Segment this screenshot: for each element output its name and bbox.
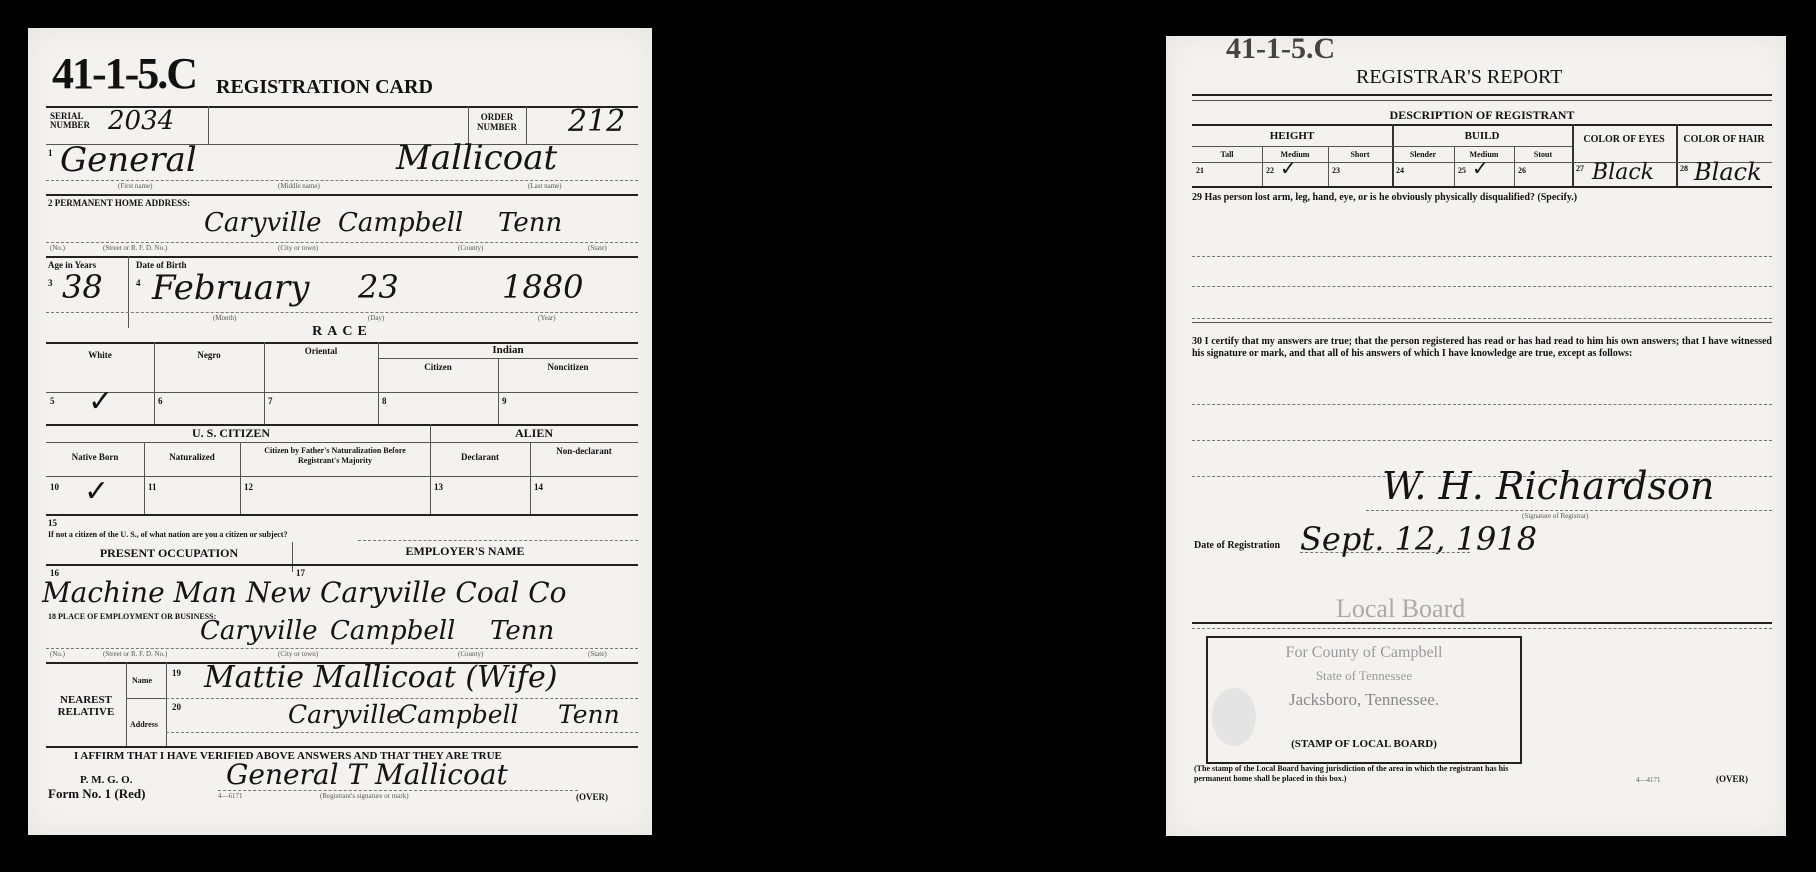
occupation-heading: PRESENT OCCUPATION [46,546,292,561]
relative-name: Mattie Mallicoat (Wife) [204,660,558,695]
caption: (Month) [213,314,236,322]
field-number: 9 [502,396,507,406]
dob-day: 23 [358,268,399,306]
place-state: Tenn [490,616,554,646]
field-number: 10 [50,482,59,492]
local-board-stamp-box: For County of Campbell State of Tennesse… [1206,636,1522,764]
field-number: 14 [534,482,543,492]
field-number: 24 [1396,166,1404,175]
field-number: 15 [48,518,57,528]
home-city: Caryville [204,208,322,238]
order-number: 212 [568,104,625,139]
relative-address-label: Address [130,720,158,729]
alien-heading: ALIEN [430,426,638,441]
place-county: Campbell [330,616,455,646]
over-label: (OVER) [576,792,608,802]
caption: (City or town) [278,244,318,252]
q15-text: If not a citizen of the U. S., of what n… [48,530,287,539]
citizen-heading: U. S. CITIZEN [46,426,416,441]
field-number: 28 [1680,164,1688,173]
field-number: 7 [268,396,273,406]
field-number: 27 [1576,164,1584,173]
relative-city: Caryville [288,700,401,729]
field-number: 13 [434,482,443,492]
field-number: 6 [158,396,163,406]
age-value: 38 [62,268,103,306]
caption: (First name) [118,182,152,190]
caption: (No.) [50,650,65,658]
registrant-signature: General T Mallicoat [226,758,508,791]
form-agency: P. M. G. O. [80,774,132,786]
field-number: 22 [1266,166,1274,175]
faded-stamp-text: Local Board [1336,594,1465,624]
race-white-checkmark: ✓ [88,384,113,419]
dob-month: February [152,268,310,308]
caption: (Year) [538,314,556,322]
registrar-caption: (Signature of Registrar) [1522,512,1588,520]
hair-color: Black [1694,158,1762,186]
address-label: 2 PERMANENT HOME ADDRESS: [48,198,190,208]
card-title: REGISTRATION CARD [216,76,433,99]
caption: (County) [458,244,483,252]
stamp-line: For County of Campbell [1208,644,1520,662]
nearest-relative-label: NEAREST RELATIVE [46,694,126,718]
race-col-indian: Indian [378,344,638,356]
field-number: 21 [1196,166,1204,175]
place-label: 18 PLACE OF EMPLOYMENT OR BUSINESS: [48,612,216,621]
relative-name-label: Name [132,676,152,685]
stamp-caption: (STAMP OF LOCAL BOARD) [1208,738,1520,750]
field-number: 23 [1332,166,1340,175]
col-slender: Slender [1392,150,1454,159]
print-code: 4—4171 [1636,776,1661,784]
race-col-oriental: Oriental [264,346,378,356]
date-label: Date of Registration [1194,540,1280,551]
col-stout: Stout [1514,150,1572,159]
field-number: 5 [50,396,55,406]
caption: (Street or R. F. D. No.) [103,650,167,658]
eyes-heading: COLOR OF EYES [1572,134,1676,145]
field-number: 20 [172,702,181,712]
col-citizen-by-father: Citizen by Father's Naturalization Befor… [244,446,426,466]
race-col-white: White [46,350,154,360]
class-code: 41-1-5.C [1226,32,1335,66]
eye-color: Black [1592,160,1654,185]
hair-heading: COLOR OF HAIR [1676,134,1772,145]
field-number: 12 [244,482,253,492]
print-code: 4—6171 [218,792,243,800]
signature-caption: (Registrant's signature or mark) [320,792,409,800]
col-declarant: Declarant [430,452,530,462]
occupation-value: Machine Man [42,576,237,609]
class-code: 41-1-5.C [52,48,196,99]
caption: (State) [588,650,607,658]
race-col-indian-noncitizen: Noncitizen [498,362,638,372]
height-heading: HEIGHT [1192,130,1392,142]
build-medium-checkmark: ✓ [1472,156,1489,180]
race-col-negro: Negro [154,350,264,360]
first-name: General [60,140,197,180]
dob-year: 1880 [502,268,583,306]
home-county: Campbell [338,208,463,238]
height-medium-checkmark: ✓ [1280,156,1297,180]
stamp-line: State of Tennessee [1208,668,1520,684]
caption: (Day) [368,314,384,322]
col-naturalized: Naturalized [144,452,240,462]
employer-heading: EMPLOYER'S NAME [292,544,638,559]
caption: (No.) [50,244,65,252]
stamp-note: (The stamp of the Local Board having jur… [1194,764,1524,784]
field-number: 11 [148,482,157,492]
col-short: Short [1328,150,1392,159]
field-number: 26 [1518,166,1526,175]
race-col-indian-citizen: Citizen [378,362,498,372]
caption: (County) [458,650,483,658]
last-name: Mallicoat [396,138,557,178]
form-number: Form No. 1 (Red) [48,786,145,802]
registrar-signature: W. H. Richardson [1382,464,1714,508]
field-number: 3 [48,278,53,288]
employer-value: New Caryville Coal Co [246,576,567,609]
caption: (City or town) [278,650,318,658]
race-heading: RACE [46,324,638,340]
col-non-declarant: Non-declarant [554,446,614,456]
home-state: Tenn [498,208,562,238]
registration-card-front: 41-1-5.C REGISTRATION CARD SERIAL NUMBER… [28,28,652,835]
registration-card-back: 41-1-5.C REGISTRAR'S REPORT DESCRIPTION … [1166,36,1786,836]
description-heading: DESCRIPTION OF REGISTRANT [1192,108,1772,123]
field-number: 25 [1458,166,1466,175]
relative-county: Campbell [398,700,519,729]
caption: (Last name) [528,182,562,190]
caption: (State) [588,244,607,252]
report-title: REGISTRAR'S REPORT [1356,66,1562,89]
serial-label: SERIAL NUMBER [50,112,100,130]
caption: (Middle name) [278,182,320,190]
field-number: 4 [136,278,141,288]
order-label: ORDER NUMBER [472,112,522,132]
place-city: Caryville [200,616,318,646]
caption: (Street or R. F. D. No.) [103,244,167,252]
serial-number: 2034 [108,106,174,136]
over-label: (OVER) [1716,774,1748,784]
field-number: 19 [172,668,181,678]
field-number: 8 [382,396,387,406]
build-heading: BUILD [1392,130,1572,142]
native-born-checkmark: ✓ [84,474,109,509]
field-number: 1 [48,148,53,158]
col-native-born: Native Born [46,452,144,462]
relative-state: Tenn [558,700,620,729]
col-tall: Tall [1192,150,1262,159]
q30-text: 30 I certify that my answers are true; t… [1192,336,1772,360]
q29-text: 29 Has person lost arm, leg, hand, eye, … [1192,192,1772,204]
